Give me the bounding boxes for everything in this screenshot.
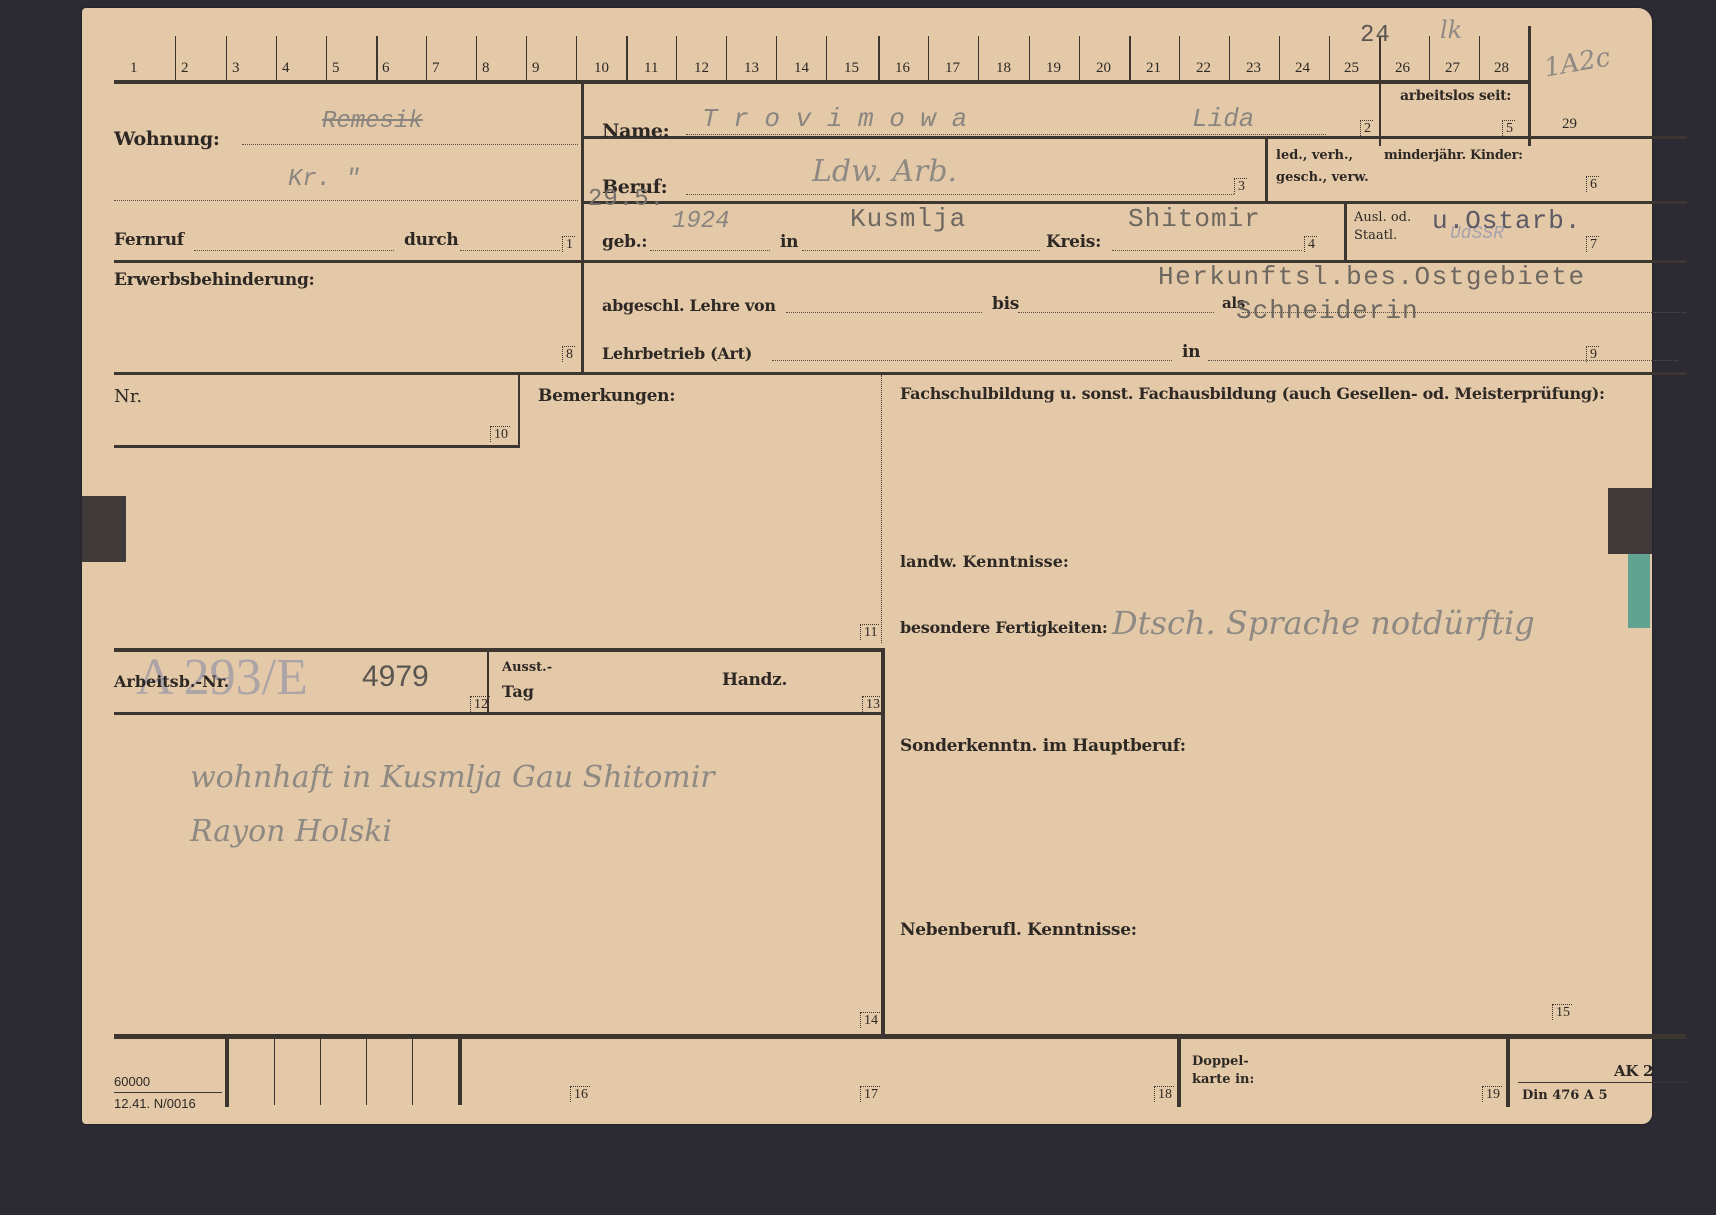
fachschul-label: Fachschulbildung u. sonst. Fachausbildun… [900,384,1605,403]
landw-label: landw. Kenntnisse: [900,552,1069,571]
col-number: 24 [1295,60,1310,77]
geb-label: geb.: [602,232,647,252]
box-number: 2 [1360,120,1373,136]
col-number: 9 [532,60,540,77]
col-number: 11 [644,60,658,77]
wohnung-label: Wohnung: [114,128,220,150]
name-label: Name: [602,120,669,142]
sonderkenntn-label: Sonderkenntn. im Hauptberuf: [900,736,1186,756]
col-number: 15 [844,60,859,77]
box-number: 4 [1304,236,1317,252]
col-number: 10 [594,60,609,77]
col-number: 4 [282,60,290,77]
lehre-label: abgeschl. Lehre von [602,296,776,315]
fertigkeiten-value[interactable]: Dtsch. Sprache notdürftig [1112,604,1535,642]
familienstand-label-2: gesch., verw. [1276,170,1369,185]
fernruf-label: Fernruf [114,230,184,250]
col-number: 13 [744,60,759,77]
arbeitsbuch-label: Arbeitsb.-Nr. [114,672,229,691]
col-number: 20 [1096,60,1111,77]
staat-label-1: Ausl. od. [1354,210,1411,225]
box-number: 19 [1482,1086,1502,1102]
form-code: AK 2 [1614,1062,1653,1080]
box-number: 18 [1154,1086,1174,1102]
box-number: 16 [570,1086,590,1102]
erwerbsbehinderung-label: Erwerbsbehinderung: [114,270,315,290]
annotation-initials: lk [1440,16,1462,44]
col-number: 16 [895,60,910,77]
index-card: 1 2 3 4 5 6 7 8 9 10 11 12 13 14 15 16 1… [82,8,1652,1124]
col-number: 21 [1146,60,1161,77]
box-number: 6 [1586,176,1599,192]
box-number: 15 [1552,1004,1572,1020]
print-code: 12.41. N/0016 [114,1096,196,1111]
arbeitslos-label: arbeitslos seit: [1400,88,1511,104]
remarks-line-1[interactable]: wohnhaft in Kusmlja Gau Shitomir [190,760,715,795]
col-number: 14 [794,60,809,77]
box-number: 7 [1586,236,1599,252]
ausst-label-2: Tag [502,682,534,701]
col-number: 28 [1494,60,1509,77]
col-number: 8 [482,60,490,77]
ausst-label-1: Ausst.- [502,660,552,675]
arbeitsbuch-number[interactable]: 4979 [362,660,429,694]
birth-year[interactable]: 1924 [672,208,730,235]
annotation-24: 24 [1360,22,1391,49]
col-number: 2 [181,60,189,77]
familienstand-label-1: led., verh., [1276,148,1353,163]
remarks-line-2[interactable]: Rayon Holski [190,814,392,849]
col-number: 22 [1196,60,1211,77]
col-number: 12 [694,60,709,77]
col-number: 26 [1395,60,1410,77]
handz-label: Handz. [722,670,787,690]
box-number: 11 [860,624,879,640]
print-run: 60000 [114,1074,150,1089]
col-number: 18 [996,60,1011,77]
left-index-tab [82,496,126,562]
herkunft-value[interactable]: Herkunftsl.bes.Ostgebiete [1158,262,1586,292]
col-number: 1 [130,60,138,77]
col-number: 6 [382,60,390,77]
wohnung-line2-value[interactable]: Kr. " [288,166,360,193]
staat-label-2: Staatl. [1354,228,1397,243]
col-number: 7 [432,60,440,77]
fertigkeiten-label: besondere Fertigkeiten: [900,618,1108,637]
durch-label: durch [404,230,458,250]
beruf-value[interactable]: Ldw. Arb. [812,154,957,189]
box-number: 8 [562,346,575,362]
staat-overstamp: u.Ostarb. [1432,206,1581,236]
box-number: 3 [1234,178,1247,194]
right-index-tab [1608,488,1652,554]
nr-label: Nr. [114,386,142,407]
kreis-label: Kreis: [1046,232,1101,252]
doppelkarte-label-2: karte in: [1192,1072,1254,1087]
doppelkarte-label-1: Doppel- [1192,1054,1249,1069]
col-number: 19 [1046,60,1061,77]
din-code: Din 476 A 5 [1522,1088,1608,1103]
lehrbetrieb-label: Lehrbetrieb (Art) [602,344,752,363]
box-number: 5 [1502,120,1515,136]
corner-code: 1A2c [1542,42,1613,83]
birth-date[interactable]: 29.5. [588,186,665,213]
nebenberufl-label: Nebenberufl. Kenntnisse: [900,920,1137,940]
bis-label: bis [992,294,1019,314]
col-number-29: 29 [1562,116,1577,133]
box-number: 9 [1586,346,1599,362]
name-surname[interactable]: T r o v i m o w a [702,104,967,134]
bemerkungen-label: Bemerkungen: [538,386,675,406]
box-number: 10 [490,426,510,442]
birthplace-value[interactable]: Kusmlja [850,204,966,234]
als-value[interactable]: Schneiderin [1236,296,1419,326]
box-number: 13 [862,696,882,712]
wohnung-value[interactable]: Remesik [322,108,423,135]
col-number: 27 [1445,60,1460,77]
lehrbetrieb-in-label: in [1182,342,1200,362]
box-number: 1 [562,236,575,252]
col-number: 17 [945,60,960,77]
box-number: 14 [860,1012,880,1028]
name-firstname[interactable]: Lida [1192,104,1254,134]
box-number: 17 [860,1086,880,1102]
col-number: 5 [332,60,340,77]
kinder-label: minderjähr. Kinder: [1384,148,1523,163]
col-number: 25 [1344,60,1359,77]
kreis-value[interactable]: Shitomir [1128,204,1261,234]
col-number: 3 [232,60,240,77]
col-number: 23 [1246,60,1261,77]
green-color-mark [1628,554,1650,628]
in-label: in [780,232,798,252]
